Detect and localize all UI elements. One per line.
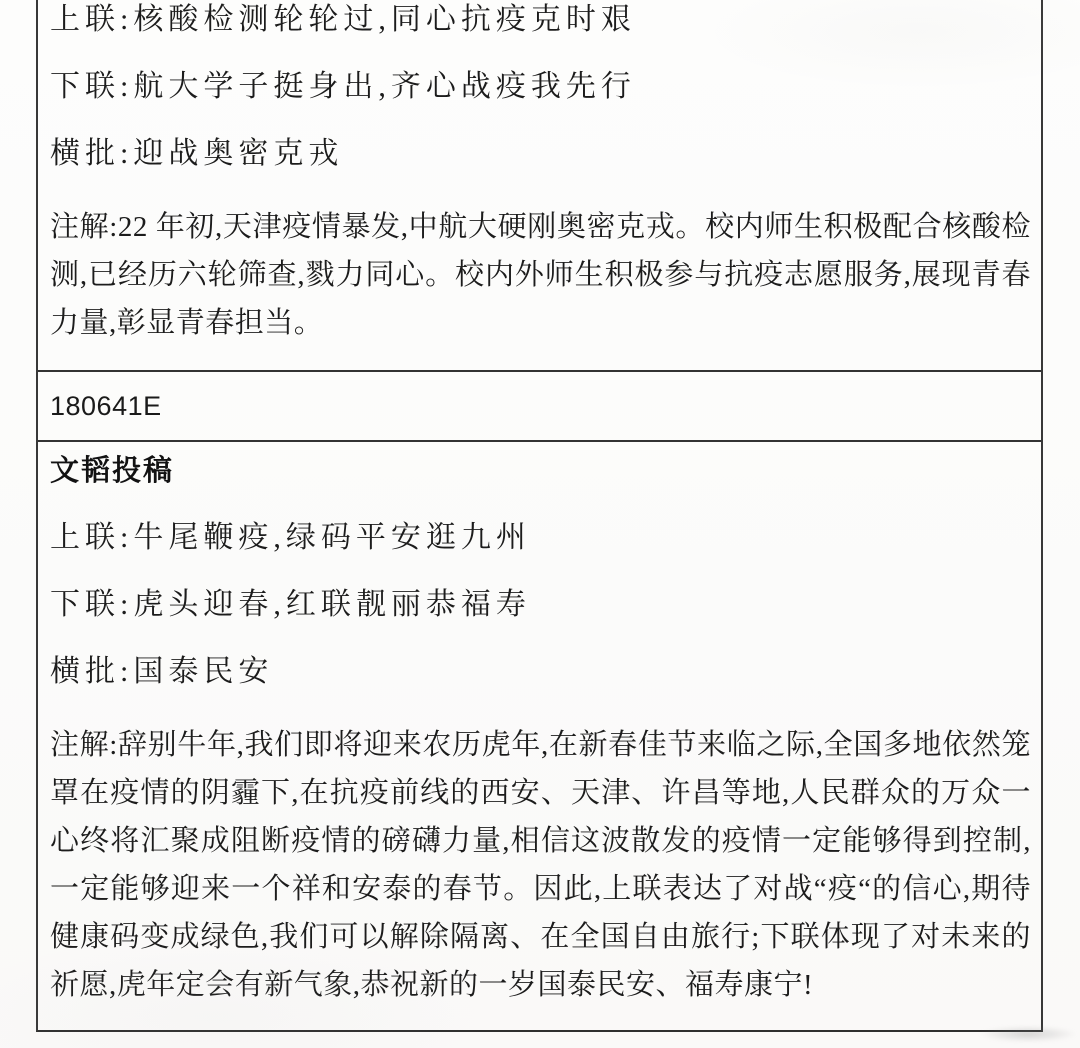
entry1-hengpi: 横批:迎战奥密克戎 [50,136,1031,172]
entry2-zhujie: 注解:辞别牛年,我们即将迎来农历虎年,在新春佳节来临之际,全国多地依然笼罩在疫情… [50,721,1031,1009]
student-id-cell: 180641E [38,370,1041,440]
entry1-xialian: 下联:航大学子挺身出,齐心战疫我先行 [50,69,1031,105]
entry1-cell: 上联:核酸检测轮轮过,同心抗疫克时艰 下联:航大学子挺身出,齐心战疫我先行 横批… [38,0,1041,370]
entry2-author: 文韬投稿 [50,452,1031,490]
entry2-hengpi: 横批:国泰民安 [50,654,1031,690]
entry1-zhujie: 注解:22 年初,天津疫情暴发,中航大硬刚奥密克戎。校内师生积极配合核酸检测,已… [50,203,1031,347]
entry2-xialian: 下联:虎头迎春,红联靓丽恭福寿 [50,587,1031,623]
student-id: 180641E [50,391,162,422]
entry2-cell: 文韬投稿 上联:牛尾鞭疫,绿码平安逛九州 下联:虎头迎春,红联靓丽恭福寿 横批:… [38,440,1041,1030]
entry2-shanglian: 上联:牛尾鞭疫,绿码平安逛九州 [50,520,1031,556]
entry1-shanglian: 上联:核酸检测轮轮过,同心抗疫克时艰 [50,2,1031,38]
submission-table: 上联:核酸检测轮轮过,同心抗疫克时艰 下联:航大学子挺身出,齐心战疫我先行 横批… [36,0,1043,1032]
document-photo: 上联:核酸检测轮轮过,同心抗疫克时艰 下联:航大学子挺身出,齐心战疫我先行 横批… [0,0,1080,1048]
